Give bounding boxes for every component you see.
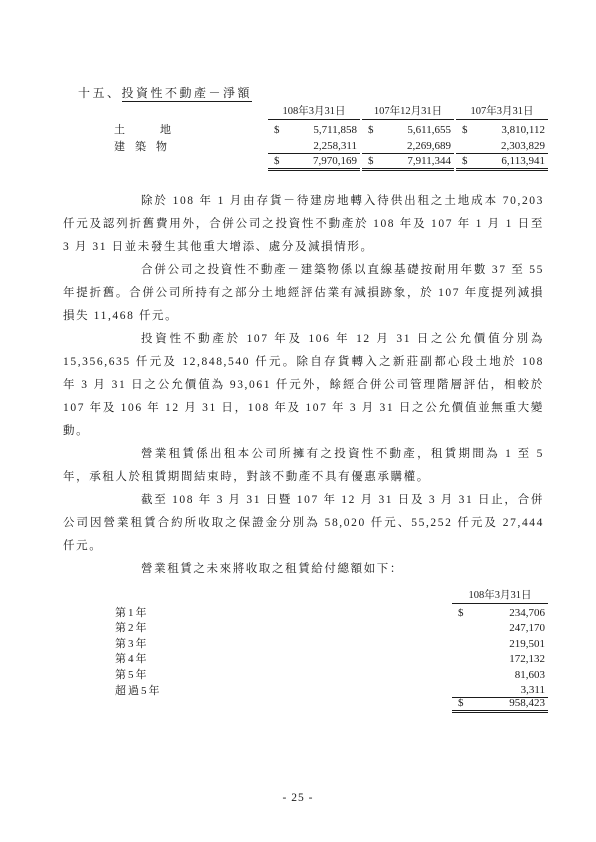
over5years-amount: 3,311: [452, 684, 548, 698]
row-label-year2: 第2年: [115, 619, 149, 635]
table-row-total: $7,970,169 $7,911,344 $6,113,941: [64, 154, 548, 171]
amount: 7,911,344: [407, 155, 451, 167]
row-label-buildings: 建築物: [64, 138, 266, 154]
paragraph-lease-deposits: 截至 108 年 3 月 31 日暨 107 年 12 月 31 日及 3 月 …: [63, 489, 544, 558]
year3-amount: 219,501: [452, 638, 548, 651]
year2-amount: 247,170: [452, 622, 548, 635]
currency-symbol: $: [462, 124, 468, 136]
total-amount-col2: $7,911,344: [362, 155, 454, 171]
land-amount-col3: $3,810,112: [456, 124, 548, 137]
currency-symbol: $: [368, 155, 374, 167]
table-row-buildings: 建築物 2,258,311 2,269,689 2,303,829: [64, 137, 548, 154]
amount: 5,711,858: [313, 124, 357, 136]
document-page: 十五、投資性不動產－淨額 108年3月31日 107年12月31日 107年3月…: [0, 0, 596, 842]
currency-symbol: $: [458, 607, 464, 619]
year5-amount: 81,603: [452, 669, 548, 682]
row-label-land: 土地: [64, 121, 266, 137]
table-row-year4: 第4年 172,132: [115, 651, 548, 667]
currency-symbol: $: [274, 155, 280, 167]
row-label-year1: 第1年: [115, 604, 149, 620]
row-label-year4: 第4年: [115, 650, 149, 666]
table-row-year3: 第3年 219,501: [115, 635, 548, 651]
amount: 3,311: [521, 684, 545, 696]
table-header-row: 108年3月31日 107年12月31日 107年3月31日: [64, 103, 548, 120]
paragraph-transfer-from-inventory: 除於 108 年 1 月由存貨－待建房地轉入待供出租之土地成本 70,203 仟…: [63, 190, 544, 259]
total-amount-col3: $6,113,941: [456, 155, 548, 171]
table-row-over5years: 超過5年 3,311: [115, 682, 548, 698]
buildings-amount-col1: 2,258,311: [268, 140, 360, 154]
note-paragraphs: 除於 108 年 1 月由存貨－待建房地轉入待供出租之土地成本 70,203 仟…: [63, 190, 544, 581]
amount: 3,810,112: [501, 124, 545, 136]
paragraph-future-lease-intro: 營業租賃之未來將收取之租賃給付總額如下：: [63, 558, 544, 581]
amount: 5,611,655: [407, 124, 451, 136]
investment-property-table: 108年3月31日 107年12月31日 107年3月31日 土地 $5,711…: [64, 103, 548, 171]
row-label-year5: 第5年: [115, 666, 149, 682]
amount: 2,269,689: [407, 140, 451, 152]
note-heading: 十五、投資性不動產－淨額: [78, 84, 252, 101]
column-header-108-03-31: 108年3月31日: [268, 103, 360, 120]
land-amount-col2: $5,611,655: [362, 124, 454, 137]
page-number: - 25 -: [0, 792, 596, 804]
year4-amount: 172,132: [452, 653, 548, 666]
amount: 247,170: [509, 622, 545, 634]
total-amount-col1: $7,970,169: [268, 155, 360, 171]
note-title: 投資性不動產－淨額: [122, 86, 253, 102]
paragraph-fair-value: 投資性不動產於 107 年及 106 年 12 月 31 日之公允價值分別為 1…: [63, 328, 544, 443]
table-row-year1: 第1年 $234,706: [115, 604, 548, 620]
paragraph-operating-lease-terms: 營業租賃係出租本公司所擁有之投資性不動產，租賃期間為 1 至 5 年，承租人於租…: [63, 443, 544, 489]
amount: 219,501: [509, 638, 545, 650]
table-row-total: $958,423: [115, 698, 548, 714]
land-amount-col1: $5,711,858: [268, 124, 360, 137]
note-number: 十五、: [78, 86, 122, 100]
amount: 7,970,169: [313, 155, 357, 167]
currency-symbol: $: [458, 697, 464, 709]
amount: 172,132: [509, 653, 545, 665]
table-row-year5: 第5年 81,603: [115, 666, 548, 682]
paragraph-depreciation-impairment: 合併公司之投資性不動產－建築物係以直線基礎按耐用年數 37 至 55 年提折舊。…: [63, 259, 544, 328]
currency-symbol: $: [274, 124, 280, 136]
currency-symbol: $: [462, 155, 468, 167]
buildings-amount-col3: 2,303,829: [456, 140, 548, 154]
amount: 81,603: [515, 669, 545, 681]
row-label-over5years: 超過5年: [115, 682, 162, 698]
year1-amount: $234,706: [452, 607, 548, 620]
amount: 958,423: [509, 697, 545, 709]
buildings-amount-col2: 2,269,689: [362, 140, 454, 154]
amount: 234,706: [509, 607, 545, 619]
column-header-108-03-31: 108年3月31日: [452, 587, 548, 604]
row-label-year3: 第3年: [115, 635, 149, 651]
column-header-107-03-31: 107年3月31日: [456, 103, 548, 120]
amount: 2,303,829: [501, 140, 545, 152]
amount: 6,113,941: [501, 155, 545, 167]
future-lease-payments-table: 108年3月31日 第1年 $234,706 第2年 247,170 第3年 2…: [115, 587, 548, 713]
column-header-107-12-31: 107年12月31日: [362, 103, 454, 120]
table-row-land: 土地 $5,711,858 $5,611,655 $3,810,112: [64, 120, 548, 137]
amount: 2,258,311: [313, 140, 357, 152]
future-lease-header-row: 108年3月31日: [115, 587, 548, 604]
currency-symbol: $: [368, 124, 374, 136]
future-lease-total-amount: $958,423: [452, 697, 548, 713]
table-row-year2: 第2年 247,170: [115, 620, 548, 636]
